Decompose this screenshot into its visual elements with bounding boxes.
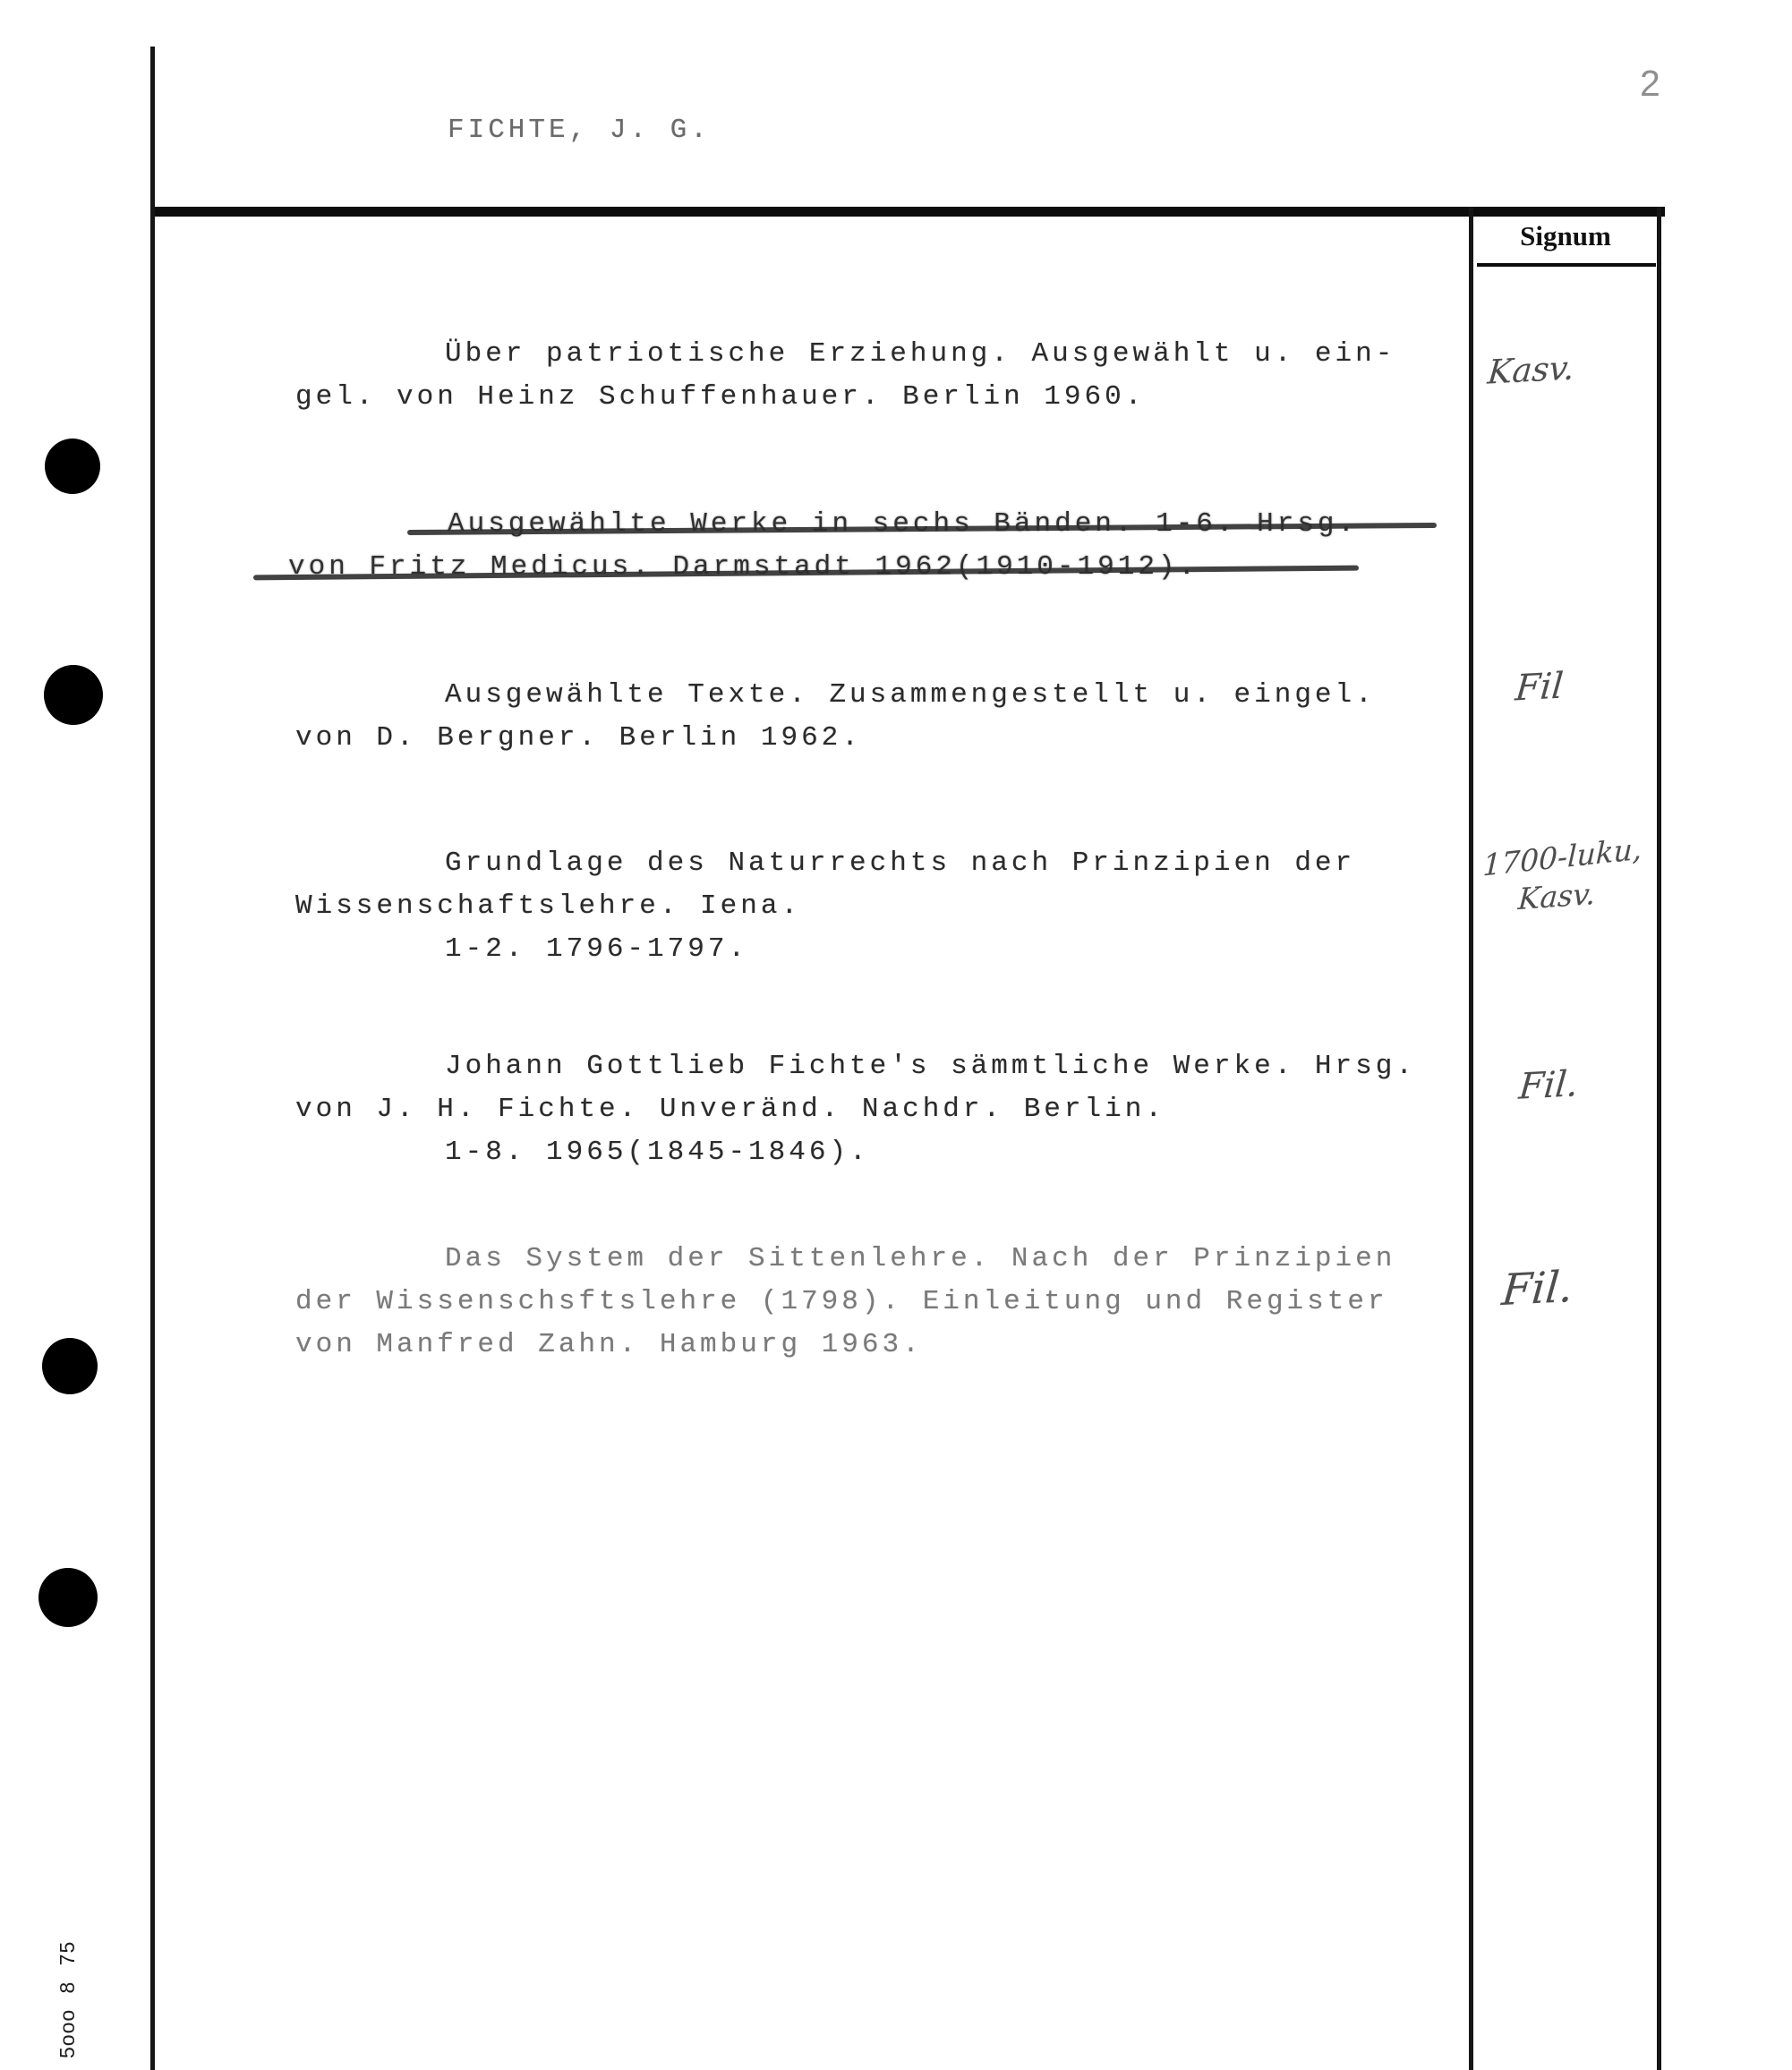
signum-column-right-rule <box>1657 207 1661 2070</box>
print-run-code: 5ooo 8 75 <box>55 1941 80 2058</box>
signum-header-underline <box>1477 263 1656 267</box>
top-rule <box>150 207 1665 217</box>
entry-line: 1-8. 1965(1845-1846). <box>445 1131 870 1174</box>
signum-note: Kasv. <box>1517 876 1597 916</box>
signum-note: Kasv. <box>1486 348 1576 391</box>
catalog-card-page: 2 FICHTE, J. G. Signum Über patriotische… <box>0 0 1792 2070</box>
punch-hole <box>42 1338 98 1394</box>
entry-line: Grundlage des Naturrechts nach Prinzipie… <box>445 842 1355 885</box>
signum-note: Fil <box>1514 665 1565 709</box>
entry-line: von J. H. Fichte. Unveränd. Nachdr. Berl… <box>295 1088 1165 1131</box>
entry-line: 1-2. 1796-1797. <box>445 928 748 971</box>
signum-note: Fil. <box>1500 1262 1575 1316</box>
punch-hole <box>38 1568 98 1627</box>
author-heading: FICHTE, J. G. <box>448 109 711 152</box>
entry-line: Über patriotische Erziehung. Ausgewählt … <box>445 333 1395 376</box>
entry-line: von Manfred Zahn. Hamburg 1963. <box>295 1324 923 1367</box>
page-number: 2 <box>1640 63 1661 105</box>
entry-line: gel. von Heinz Schuffenhauer. Berlin 196… <box>295 376 1145 419</box>
signum-column-left-rule <box>1469 207 1473 2070</box>
entry-line: der Wissenschsftslehre (1798). Einleitun… <box>295 1281 1388 1324</box>
punch-hole <box>45 439 100 494</box>
entry-line: Wissenschaftslehre. Iena. <box>295 885 801 928</box>
signum-note: 1700-luku, <box>1482 831 1643 882</box>
signum-note: Fil. <box>1517 1063 1580 1108</box>
entry-line: von D. Bergner. Berlin 1962. <box>295 717 862 760</box>
entry-line: Johann Gottlieb Fichte's sämmtliche Werk… <box>445 1045 1416 1088</box>
signum-column-header: Signum <box>1473 220 1658 252</box>
entry-line: Das System der Sittenlehre. Nach der Pri… <box>445 1238 1395 1281</box>
left-margin-rule <box>150 47 155 2070</box>
punch-hole <box>44 665 103 725</box>
entry-line: Ausgewählte Texte. Zusammengestellt u. e… <box>445 674 1376 717</box>
